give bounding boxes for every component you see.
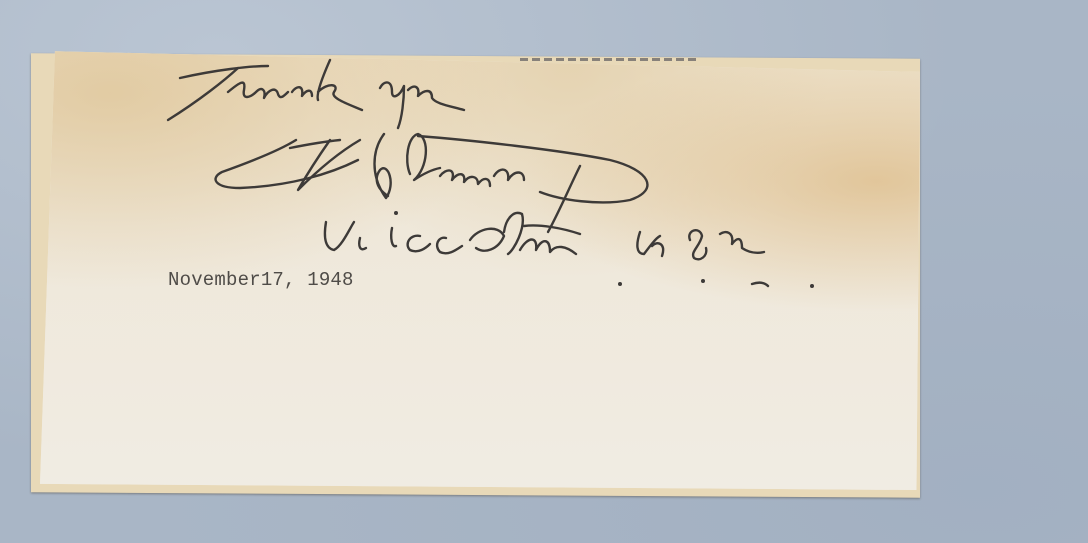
greeting-text: Thank you: [0, 0, 1, 1]
typed-date: November17, 1948: [168, 269, 354, 291]
cut-off-typed-text: [520, 58, 700, 61]
